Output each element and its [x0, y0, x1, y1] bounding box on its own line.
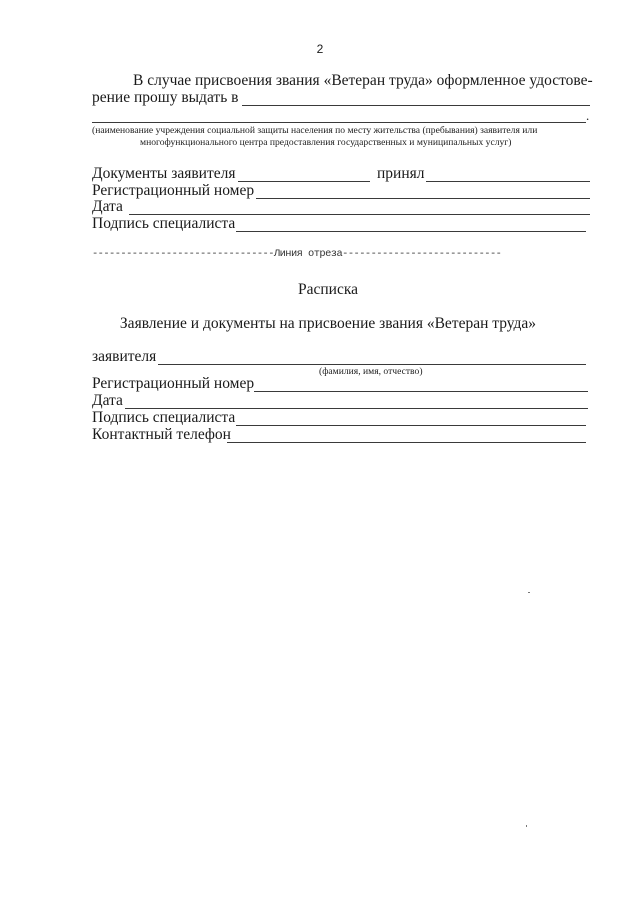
accepted-by-field[interactable]	[426, 181, 590, 182]
date-label: Дата	[92, 199, 123, 215]
institution-hint-line-2: многофункционального центра предоставлен…	[140, 137, 511, 149]
reg-number-field[interactable]	[256, 198, 590, 199]
issue-to-field[interactable]	[242, 105, 590, 106]
receipt-specialist-signature-label: Подпись специалиста	[92, 410, 235, 426]
receipt-reg-number-field[interactable]	[254, 391, 588, 392]
issue-to-label: рение прошу выдать в	[92, 90, 238, 106]
applicant-name-field[interactable]	[158, 364, 586, 365]
specialist-signature-label: Подпись специалиста	[92, 216, 235, 232]
receipt-reg-number-label: Регистрационный номер	[92, 376, 254, 392]
issue-to-field-continued[interactable]	[92, 122, 586, 123]
receipt-title: Расписка	[0, 282, 640, 298]
cut-line: --------------------------------Линия от…	[92, 248, 501, 260]
applicant-hint: (фамилия, имя, отчество)	[319, 366, 423, 378]
specialist-signature-field[interactable]	[236, 231, 586, 232]
receipt-specialist-signature-field[interactable]	[236, 425, 586, 426]
receipt-date-label: Дата	[92, 393, 123, 409]
contact-phone-field[interactable]	[227, 442, 586, 443]
reg-number-label: Регистрационный номер	[92, 183, 254, 199]
receipt-subtitle: Заявление и документы на присвоение зван…	[0, 316, 640, 332]
field-end-mark: .	[586, 108, 589, 124]
accepted-label: принял	[377, 166, 425, 182]
contact-phone-label: Контактный телефон	[92, 427, 231, 443]
paragraph-line-1: В случае присвоения звания «Ветеран труд…	[133, 73, 593, 89]
applicant-label: заявителя	[92, 349, 156, 365]
scan-speck	[526, 825, 527, 827]
documents-field[interactable]	[238, 181, 370, 182]
institution-hint-line-1: (наименование учреждения социальной защи…	[92, 125, 537, 137]
documents-label: Документы заявителя	[92, 166, 236, 182]
page-number: 2	[0, 42, 640, 56]
scan-speck	[528, 592, 530, 593]
